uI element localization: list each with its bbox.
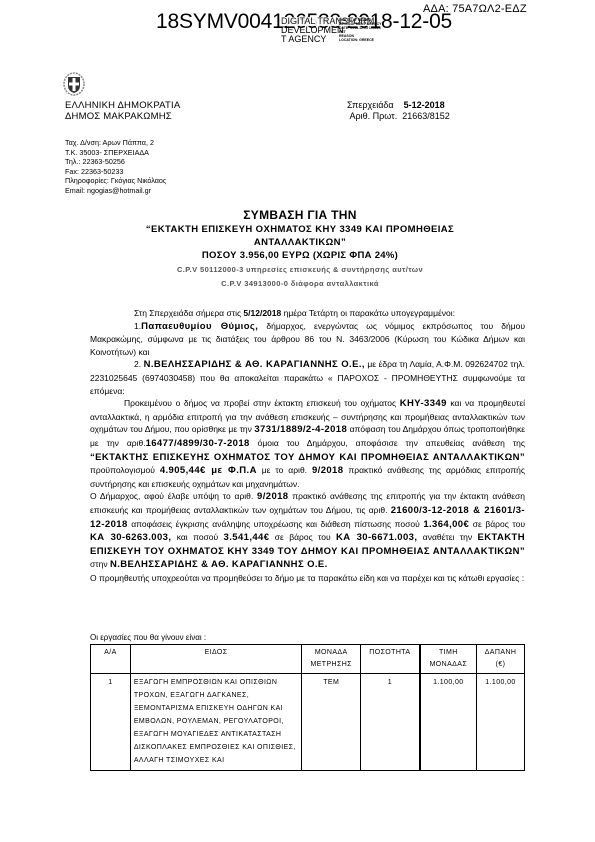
place: Σπερχειάδα: [347, 100, 394, 110]
cell-item: ΕΞΑΓΩΓΗ ΕΜΠΡΟΣΘΙΩΝ ΚΑΙ ΟΠΙΣΘΙΩΝ ΤΡΟΧΩΝ, …: [130, 674, 301, 771]
paragraph-obligations: Ο προμηθευτής υποχρεούται να προμηθεύσει…: [90, 572, 525, 585]
table-row: 1 ΕΞΑΓΩΓΗ ΕΜΠΡΟΣΘΙΩΝ ΚΑΙ ΟΠΙΣΘΙΩΝ ΤΡΟΧΩΝ…: [91, 674, 525, 771]
stamp-detail: DATE: 2018.12.05 103123: [339, 26, 387, 30]
fax: Fax: 22363-50233: [65, 167, 166, 177]
organization: ΕΛΛΗΝΙΚΗ ΔΗΜΟΚΡΑΤΙΑ ΔΗΜΟΣ ΜΑΚΡΑΚΩΜΗΣ: [65, 100, 180, 122]
table-header-row: Α/Α ΕΙΔΟΣ ΜΟΝΑΔΑ ΜΕΤΡΗΣΗΣ ΠΟΣΟΤΗΤΑ ΤΙΜΗ …: [91, 645, 525, 674]
title-amount: ΠΟΣΟΥ 3.956,00 ΕΥΡΩ (ΧΩΡΙΣ ΦΠΑ 24%): [90, 249, 510, 263]
header-aa: Α/Α: [91, 645, 131, 674]
cell-aa: 1: [91, 674, 131, 771]
header-qty: ΠΟΣΟΤΗΤΑ: [361, 645, 420, 674]
title-subject-line2: ΑΝΤΑΛΛΑΚΤΙΚΩΝ”: [90, 236, 510, 249]
phone: Τηλ.: 22363-50256: [65, 157, 166, 167]
paragraph-award: Ο Δήμαρχος, αφού έλαβε υπόψη το αριθ. 9/…: [90, 490, 525, 572]
header-item: ΕΙΔΟΣ: [130, 645, 301, 674]
table-caption: Οι εργασίες που θα γίνουν είναι :: [90, 633, 206, 642]
postal-code: Τ.Κ. 35003- ΣΠΕΡΧΕΙΑΔΑ: [65, 148, 166, 158]
paragraph-party-1: 1.Παπαευθυμίου Θύμιος, δήμαρχος, ενεργών…: [90, 320, 525, 359]
cpv-code-1: C.P.V 50112000-3 υπηρεσίες επισκευής & σ…: [90, 263, 510, 277]
header-unit: ΜΟΝΑΔΑ ΜΕΤΡΗΣΗΣ: [302, 645, 361, 674]
protocol-label: Αριθ. Πρωτ.: [350, 111, 398, 121]
contract-body: Στη Σπερχειάδα σήμερα στις 5/12/2018 ημέ…: [90, 307, 525, 584]
country-name: ΕΛΛΗΝΙΚΗ ΔΗΜΟΚΡΑΤΙΑ: [65, 100, 180, 111]
date: 5-12-2018: [404, 100, 445, 110]
cell-cost: 1.100,00: [477, 674, 525, 771]
title-heading: ΣΥΜΒΑΣΗ ΓΙΑ ΤΗΝ: [90, 208, 510, 223]
cell-qty: 1: [361, 674, 420, 771]
title-subject-line1: “ΕΚΤΑΚΤΗ ΕΠΙΣΚΕΥΗ ΟΧΗΜΑΤΟΣ ΚΗΥ 3349 ΚΑΙ …: [90, 223, 510, 236]
contact-info: Ταχ. Δ/νση: Αρων Πάππα, 2 Τ.Κ. 35003- ΣΠ…: [65, 138, 166, 196]
contact-person: Πληροφορίες: Γκόγιας Νικόλαος: [65, 176, 166, 186]
digital-signature-details: DIGITALLY SIGNED DEVELOPMENT AGENCY DATE…: [339, 18, 387, 42]
paragraph-party-2: 2. Ν.ΒΕΛΗΣΣΑΡΙΔΗΣ & ΑΘ. ΚΑΡΑΓΙΑΝΝΗΣ Ο.Ε.…: [90, 358, 525, 397]
email: Email: ngogias@hotmail.gr: [65, 186, 166, 196]
items-table: Α/Α ΕΙΔΟΣ ΜΟΝΑΔΑ ΜΕΤΡΗΣΗΣ ΠΟΣΟΤΗΤΑ ΤΙΜΗ …: [90, 644, 525, 771]
stamp-detail: LOCATION: GREECE: [339, 38, 387, 42]
cell-price: 1.100,00: [420, 674, 477, 771]
header-price: ΤΙΜΗ ΜΟΝΑΔΑΣ: [420, 645, 477, 674]
place-date: Σπερχειάδα 5-12-2018 Αριθ. Πρωτ. 21663/8…: [347, 100, 450, 122]
paragraph-intro: Στη Σπερχειάδα σήμερα στις 5/12/2018 ημέ…: [90, 307, 525, 320]
paragraph-background: Προκειμένου ο δήμος να προβεί στην έκτακ…: [90, 397, 525, 490]
municipality-name: ΔΗΜΟΣ ΜΑΚΡΑΚΩΜΗΣ: [65, 111, 180, 122]
protocol-number: 21663/8152: [402, 111, 450, 121]
greek-coat-of-arms-icon: [63, 72, 85, 96]
address: Ταχ. Δ/νση: Αρων Πάππα, 2: [65, 138, 166, 148]
contract-title: ΣΥΜΒΑΣΗ ΓΙΑ ΤΗΝ “ΕΚΤΑΚΤΗ ΕΠΙΣΚΕΥΗ ΟΧΗΜΑΤ…: [90, 208, 510, 291]
cell-unit: ΤΕΜ: [302, 674, 361, 771]
header-cost: ΔΑΠΑΝΗ (€): [477, 645, 525, 674]
cpv-code-2: C.P.V 34913000-0 διάφορα ανταλλακτικά: [90, 277, 510, 291]
